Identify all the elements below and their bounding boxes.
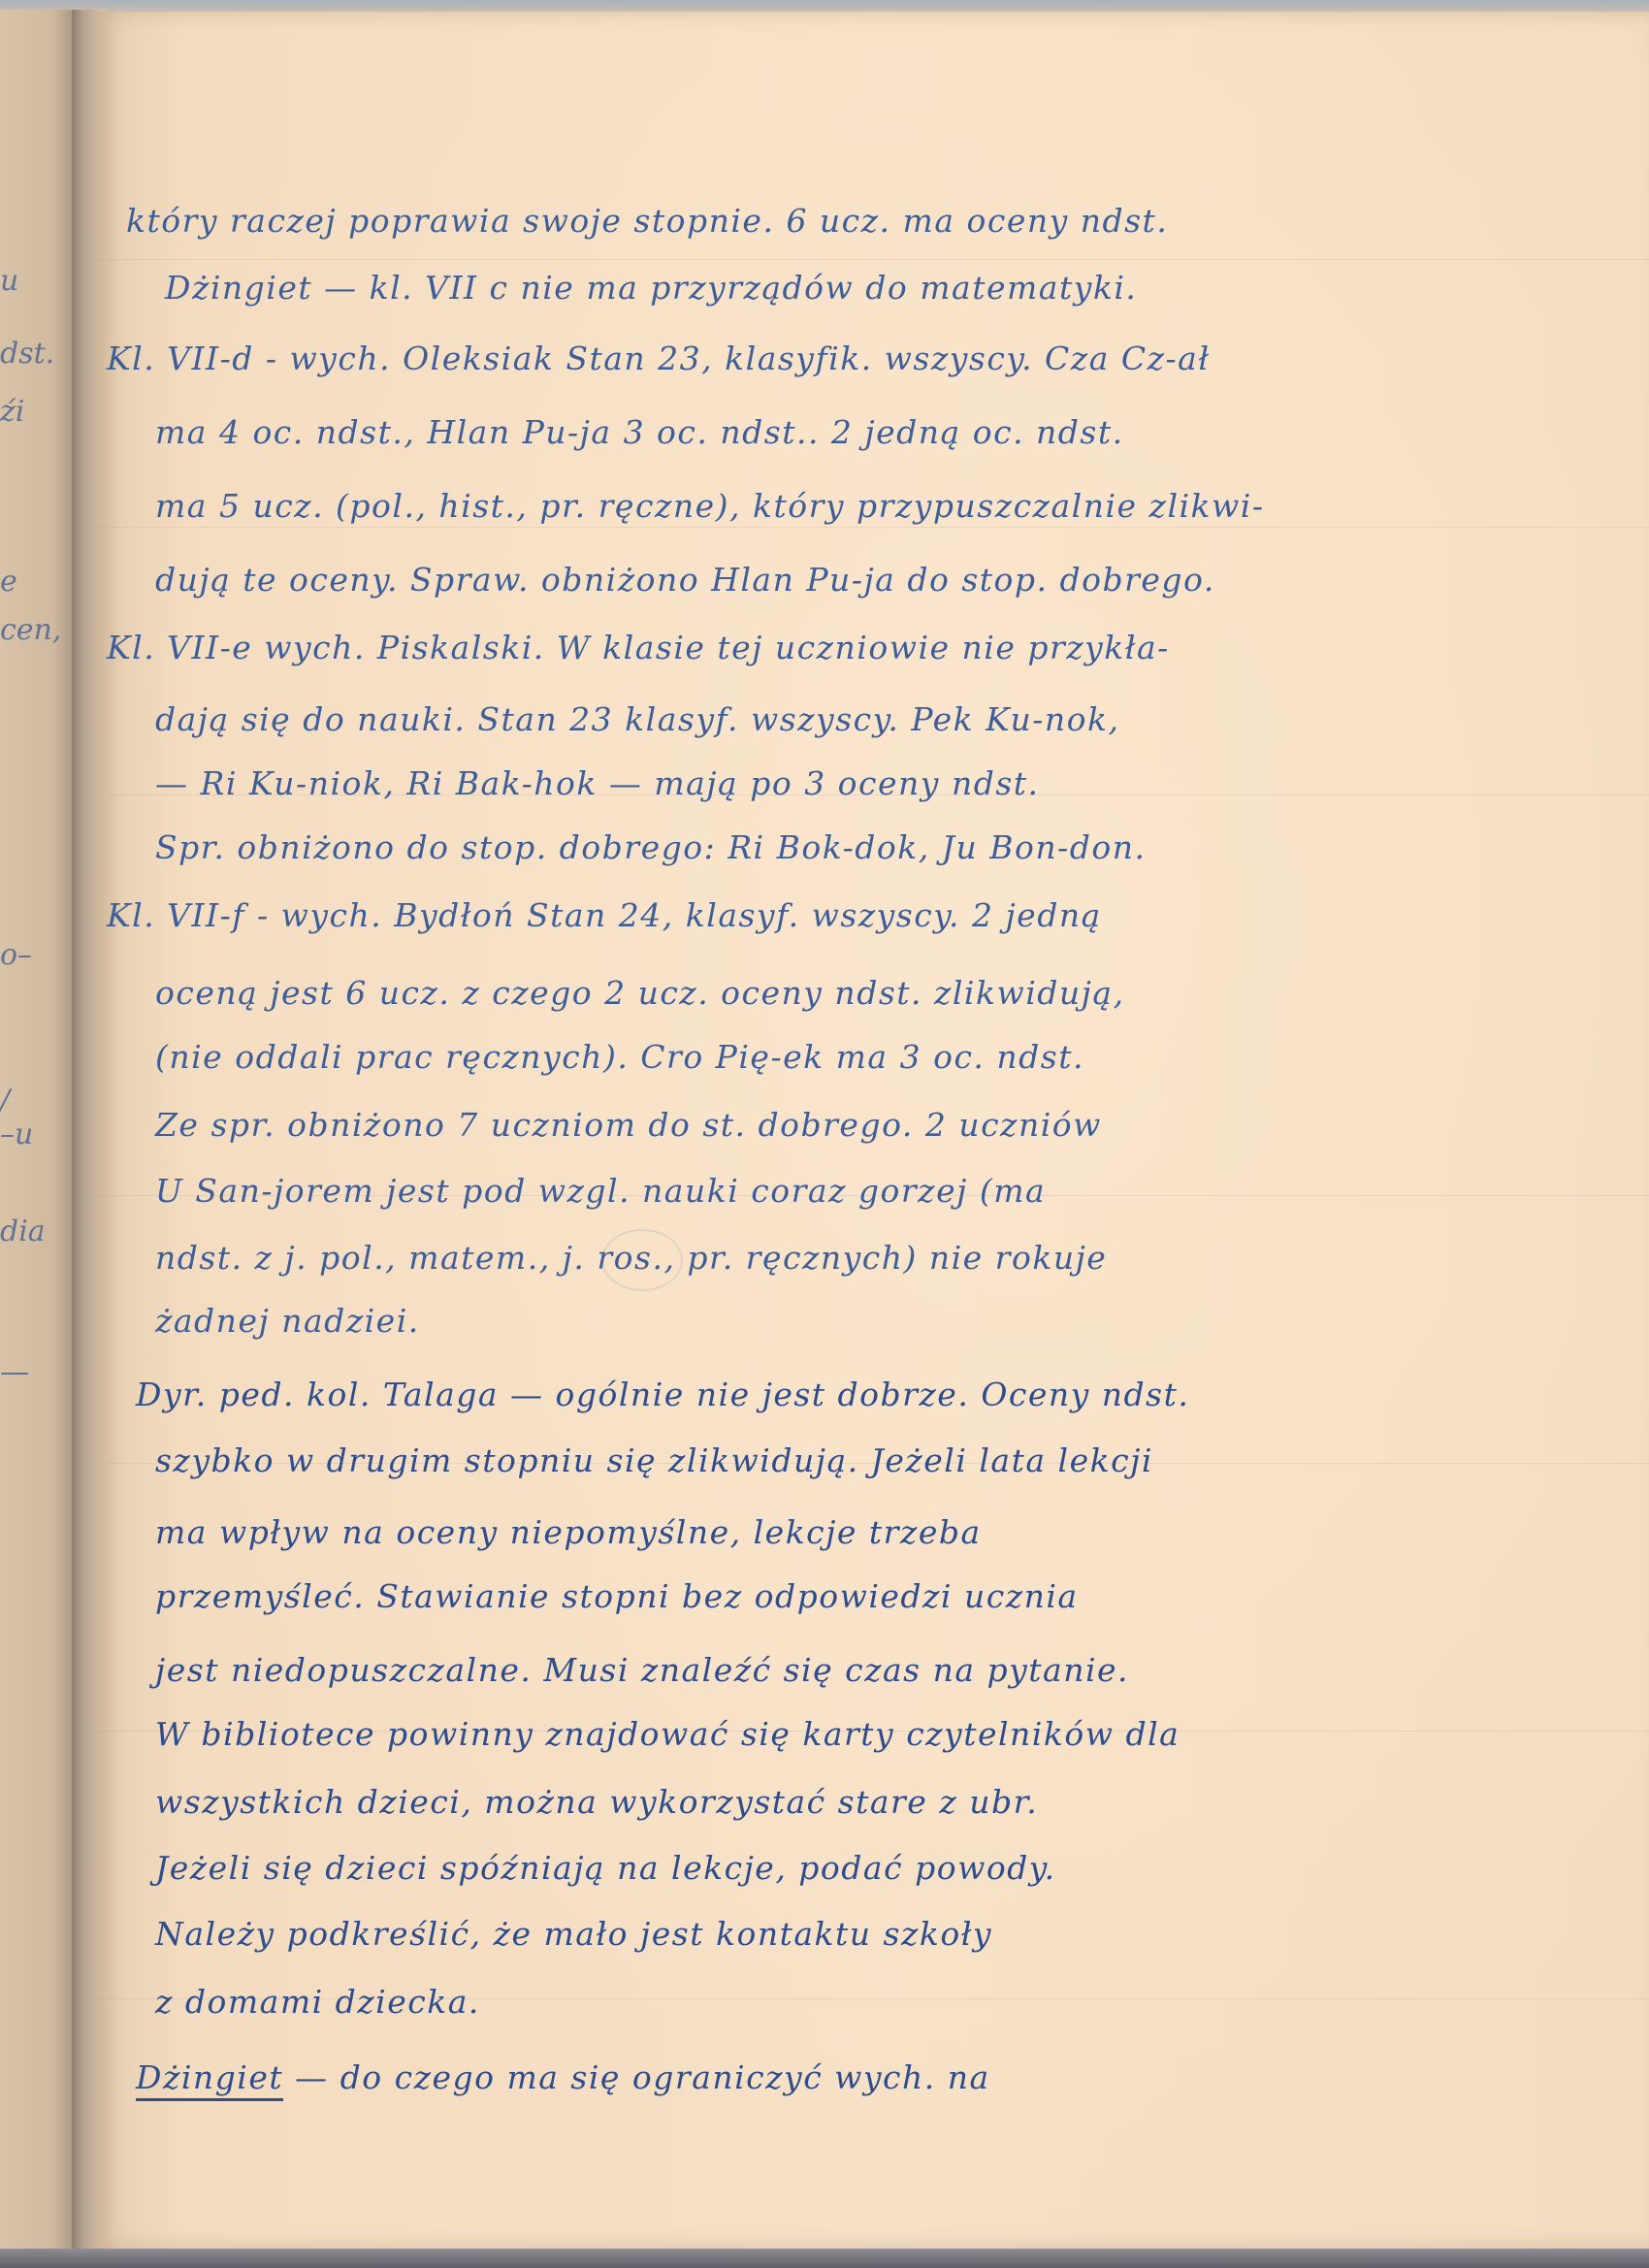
speaker-name-underlined: Dżingiet	[136, 2058, 283, 2101]
text-line: szybko w drugim stopniu się zlikwidują. …	[155, 1442, 1153, 1480]
text-line: dają się do nauki. Stan 23 klasyf. wszys…	[155, 700, 1120, 739]
speaker-name: Dżingiet	[165, 269, 312, 308]
ruled-line	[97, 259, 1649, 260]
scanner-edge-bottom	[0, 2249, 1649, 2268]
facing-page-strip: u dst. źi e cen, o– / –u dia —	[0, 10, 76, 2251]
text-line: ma wpływ na oceny niepomyślne, lekcje tr…	[155, 1513, 982, 1552]
facing-page-fragment: dst.	[0, 337, 54, 371]
scanner-edge-top	[0, 0, 1649, 12]
facing-page-fragment: źi	[0, 395, 24, 429]
facing-page-fragment: e	[0, 565, 17, 599]
text-line: z domami dziecka.	[155, 1983, 480, 2022]
text-line: Kl. VII-f - wych. Bydłoń Stan 24, klasyf…	[107, 896, 1102, 935]
text-fragment: — do czego ma się ograniczyć wych. na	[283, 2058, 990, 2096]
text-line: oceną jest 6 ucz. z czego 2 ucz. oceny n…	[155, 974, 1125, 1013]
facing-page-fragment: /	[0, 1084, 10, 1118]
text-line: Kl. VII-e wych. Piskalski. W klasie tej …	[107, 629, 1170, 667]
text-line: ma 4 oc. ndst., Hlan Pu-ja 3 oc. ndst.. …	[155, 413, 1124, 452]
text-line: Jeżeli się dzieci spóźniają na lekcje, p…	[155, 1849, 1056, 1888]
notebook-page: który raczej poprawia swoje stopnie. 6 u…	[97, 12, 1649, 2249]
text-line: żadnej nadziei.	[155, 1302, 420, 1341]
text-line: dują te oceny. Spraw. obniżono Hlan Pu-j…	[155, 561, 1215, 599]
text-fragment: — kl. VII c nie ma przyrządów do matemat…	[312, 269, 1137, 307]
text-line: który raczej poprawia swoje stopnie. 6 u…	[126, 202, 1168, 241]
facing-page-fragment: cen,	[0, 613, 61, 647]
text-line: ndst. z j. pol., matem., j. ros., pr. rę…	[155, 1239, 1107, 1278]
text-line: (nie oddali prac ręcznych). Cro Pię-ek m…	[155, 1038, 1084, 1077]
text-line: Dyr. ped. kol. Talaga — ogólnie nie jest…	[136, 1376, 1189, 1414]
facing-page-fragment: dia	[0, 1215, 46, 1248]
text-line: U San-jorem jest pod wzgl. nauki coraz g…	[155, 1172, 1046, 1211]
text-line: Należy podkreślić, że mało jest kontaktu…	[155, 1915, 992, 1954]
text-line: Dżingiet — kl. VII c nie ma przyrządów d…	[165, 269, 1137, 308]
facing-page-fragment: –u	[0, 1118, 33, 1151]
text-line: ma 5 ucz. (pol., hist., pr. ręczne), któ…	[155, 487, 1265, 526]
text-line: W bibliotece powinny znajdować się karty…	[155, 1715, 1180, 1754]
text-line: Ze spr. obniżono 7 uczniom do st. dobreg…	[155, 1106, 1102, 1145]
facing-page-fragment: u	[0, 264, 18, 298]
ruled-line	[97, 527, 1649, 528]
text-line: Spr. obniżono do stop. dobrego: Ri Bok-d…	[155, 828, 1146, 867]
facing-page-fragment: o–	[0, 938, 32, 972]
text-line: Kl. VII-d - wych. Oleksiak Stan 23, klas…	[107, 340, 1211, 378]
text-line: przemyśleć. Stawianie stopni bez odpowie…	[155, 1577, 1079, 1616]
facing-page-fragment: —	[0, 1355, 29, 1389]
text-line: jest niedopuszczalne. Musi znaleźć się c…	[155, 1651, 1129, 1690]
text-line: Dżingiet — do czego ma się ograniczyć wy…	[136, 2058, 990, 2097]
text-line: — Ri Ku-niok, Ri Bak-hok — mają po 3 oce…	[155, 764, 1040, 803]
text-line: wszystkich dzieci, można wykorzystać sta…	[155, 1783, 1038, 1822]
